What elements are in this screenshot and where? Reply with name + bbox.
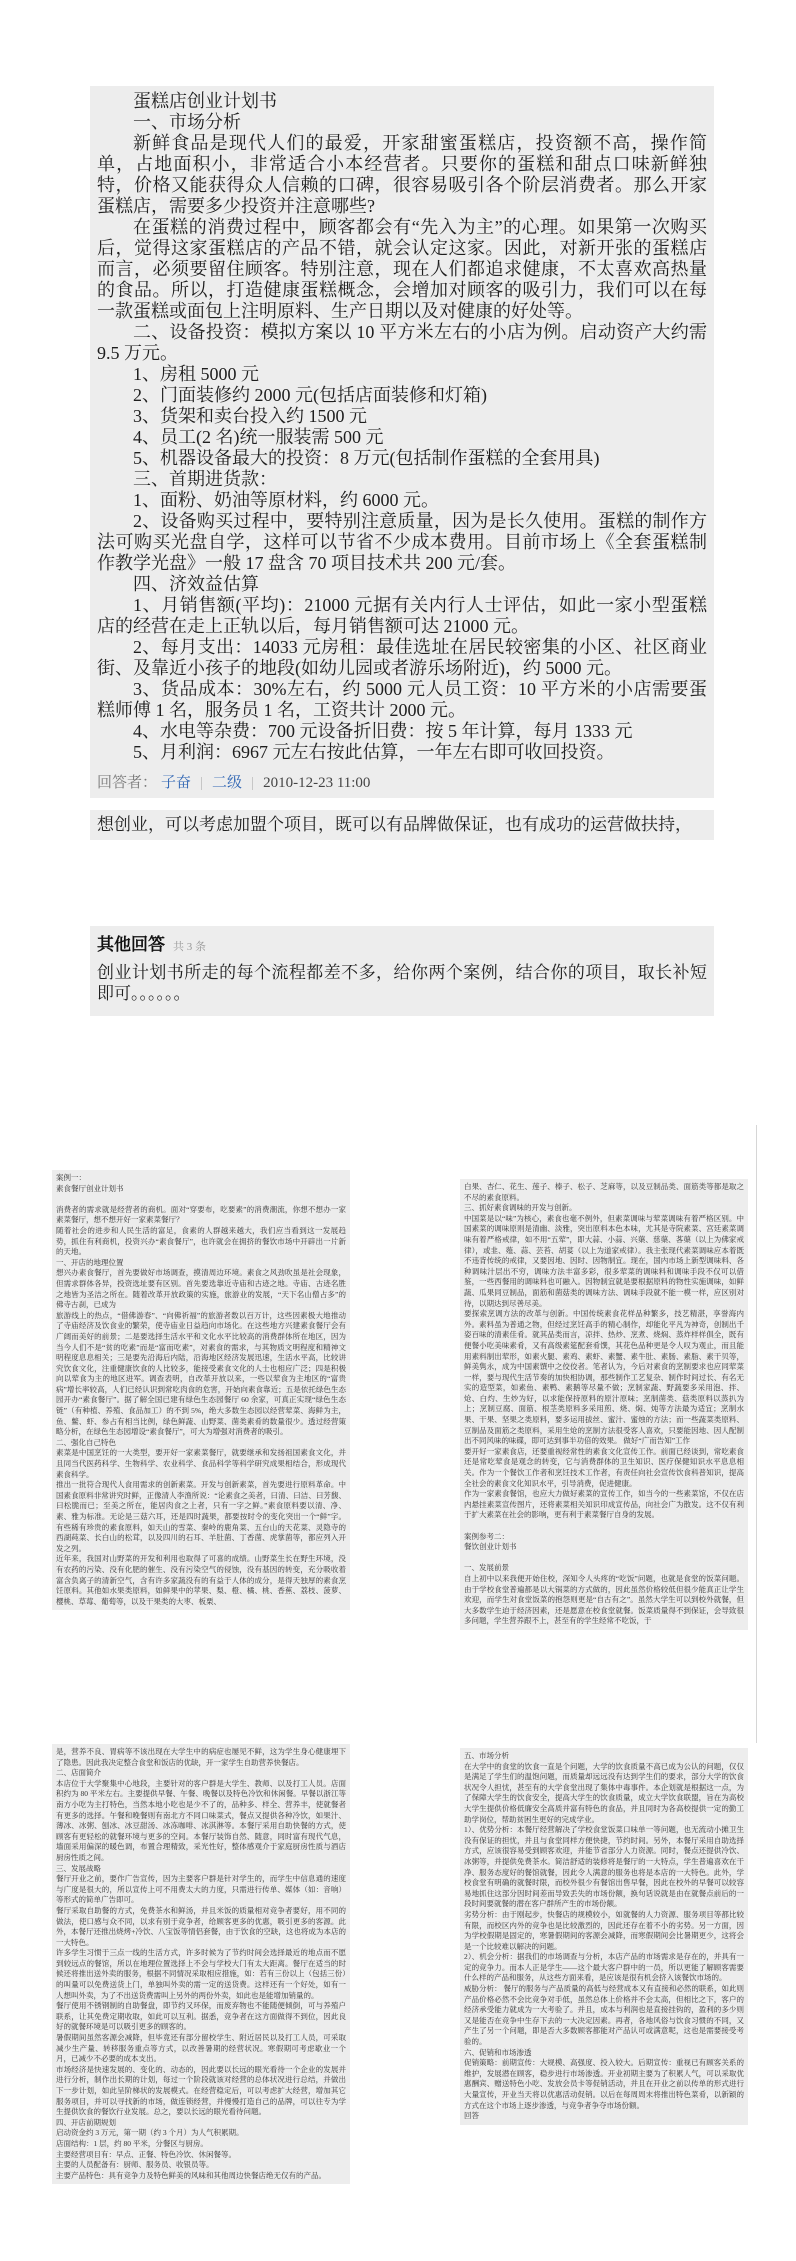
answerer-username-link[interactable]: 子奋 xyxy=(161,775,191,791)
case-paragraph: 四、开店前期规划 xyxy=(56,2118,346,2129)
best-answer-content: 蛋糕店创业计划书一、市场分析新鲜食品是现代人们的最爱，开家甜蜜蛋糕店，投资额不高… xyxy=(97,91,707,763)
answerer-level-link[interactable]: 二级 xyxy=(212,775,242,791)
case-paragraph: 餐厅开业之前，要作广告宣传，因为主要客户群是针对学生的，而学生中信息通的速度与广… xyxy=(56,1874,346,1906)
case-paragraph xyxy=(464,1553,744,1564)
meta-separator: | xyxy=(200,775,203,791)
case-paragraph: 案例参考二： xyxy=(464,1532,744,1543)
case-page-3: 是，营养不良、胃病等不该出现在大学生中的病症也屡见不鲜，这为学生身心健康埋下了隐… xyxy=(52,1744,350,2184)
case-paragraph: 随着社会的进步和人民生活的富足，食素的人群越来越大，我们应当看到这一发展趋势，抓… xyxy=(56,1226,346,1258)
case-paragraph: 启动资金约 3 万元，第一期（约 3 个月）为人气积累期。 xyxy=(56,2128,346,2139)
case-paragraph: 劣势分析：由于刚起步，快餐店的规模较小，如就餐的人力资源、服务项目等都比较有限，… xyxy=(464,1910,744,1952)
answer-paragraph: 一、市场分析 xyxy=(97,112,707,133)
page-divider-line xyxy=(756,1125,757,1743)
case-paragraph: 白果、杏仁、花生、莲子、榛子、松子、芝麻等，以及豆制品类、面筋类等都是取之不尽的… xyxy=(464,1182,744,1203)
case-paragraph: 中国菜是以“味”为核心，素食也毫不例外，但素菜调味与荤菜调味有着严格区别。中国素… xyxy=(464,1214,744,1309)
other-answers-block: 其他回答共 3 条 创业计划书所走的每个流程都差不多，给你两个案例，结合你的项目… xyxy=(90,926,714,1016)
case-paragraph: 主要的人员配备有：厨师、服务员、收银员等。 xyxy=(56,2160,346,2171)
case-paragraph: 二、店面简介 xyxy=(56,1768,346,1779)
case-paragraph: 是，营养不良、胃病等不该出现在大学生中的病症也屡见不鲜，这为学生身心健康埋下了隐… xyxy=(56,1747,346,1768)
case-paragraph: 作为一家素食餐馆，也应大力做好素菜的宣传工作，如当今的一些素菜馆，不仅在店内悬挂… xyxy=(464,1489,744,1521)
answer-paragraph: 5、机器设备最大的投资：8 万元(包括制作蛋糕的全套用具) xyxy=(97,448,707,469)
other-answers-title: 其他回答共 3 条 xyxy=(97,934,707,958)
case-paragraph: 1）、优势分析：本餐厅经营解决了学校食堂饭菜口味单一等问题，也无流动小摊卫生没有… xyxy=(464,1825,744,1910)
answer-paragraph: 4、水电等杂费：700 元设备折旧费：按 5 年计算，每月 1333 元 xyxy=(97,721,707,742)
case-paragraph: 推出一批符合现代人食用需求的创新素菜。开发与创新素菜，首先要进行原料革命。中国素… xyxy=(56,1480,346,1554)
case-page-4: 五、市场分析在大学中的食堂的饮食一直是个问题，大学的饮食质量不高已成为公认的问题… xyxy=(460,1748,748,2125)
answer-paragraph: 1、月销售额(平均)：21000 元据有关内行人士评估，如此一家小型蛋糕店的经营… xyxy=(97,595,707,637)
case-paragraph: 餐厅使用不锈钢制的自助餐盘，即节约又环保，而废弃物也不能随便倾倒，可与养殖户联系… xyxy=(56,2001,346,2033)
case-paragraph: 素食餐厅创业计划书 xyxy=(56,1184,346,1195)
case-paragraph: 店面结构：1 层，约 80 平米，分餐区与厨房。 xyxy=(56,2139,346,2150)
case-paragraph: 想兴办素食餐厅，首先要做好市场调查，摸清周边环境。素食之风劲吹虽是社会现象，但需… xyxy=(56,1268,346,1310)
case-paragraph: 五、市场分析 xyxy=(464,1751,744,1762)
meta-separator: | xyxy=(251,775,254,791)
answer-paragraph: 3、货架和卖台投入约 1500 元 xyxy=(97,406,707,427)
case-paragraph: 本店位于大学聚集中心地段，主要针对的客户群是大学生、教师、以及打工人员。店面积约… xyxy=(56,1779,346,1864)
case-paragraph: 威胁分析： 餐厅的服务与产品质量的高低与经营成本又有直接和必然的联系，如此则产品… xyxy=(464,1984,744,2048)
other-answers-count: 共 3 条 xyxy=(173,941,206,953)
case-paragraph: 自上初中以来我便开始住校，深知令人头疼的“吃饭”问题，也就是食堂的饭菜问题。由于… xyxy=(464,1574,744,1627)
case-paragraph: 案例一： xyxy=(56,1173,346,1184)
case-paragraph: 一、发展前景 xyxy=(464,1563,744,1574)
case-page-1: 案例一：素食餐厅创业计划书消费者的需求就是经营者的商机。面对“穿要布，吃要素”的… xyxy=(52,1170,350,1610)
case-paragraph: 主要经营项目有：早点、正餐、特色冷饮、休闲餐等。 xyxy=(56,2150,346,2161)
case-paragraph: 主要产品特色：具有竞争力及特色鲜美的风味和其他周边快餐店绝无仅有的产品。 xyxy=(56,2171,346,2182)
case-paragraph: 许多学生习惯于三点一线的生活方式，许多时候为了节约时间会选择最近的地点而不愿到较… xyxy=(56,1948,346,2001)
page-canvas: 蛋糕店创业计划书一、市场分析新鲜食品是现代人们的最爱，开家甜蜜蛋糕店，投资额不高… xyxy=(0,0,796,2261)
case-paragraph: 一、开店的地理位置 xyxy=(56,1258,346,1269)
other-answer-intro: 创业计划书所走的每个流程都差不多，给你两个案例，结合你的项目，取长补短即可。。。… xyxy=(97,962,707,1004)
answer-paragraph: 4、员工(2 名)统一服装需 500 元 xyxy=(97,427,707,448)
case-paragraph: 旅游线上的热点，“借佛游春”、“向佛祈福”的旅游者数以百万计，这些因素极大地推动… xyxy=(56,1311,346,1438)
answer-paragraph: 蛋糕店创业计划书 xyxy=(97,91,707,112)
case-paragraph: 近年来，我国对山野菜的开发和利用也取得了可喜的成绩。山野菜生长在野生环境，没有农… xyxy=(56,1554,346,1607)
answer-paragraph: 5、月利润：6967 元左右按此估算，一年左右即可收回投资。 xyxy=(97,742,707,763)
case-paragraph: 暑假期间虽然客源会减降，但毕竟还有部分留校学生、附近居民以及打工人员，可采取减少… xyxy=(56,2033,346,2065)
answer-paragraph: 四、济效益估算 xyxy=(97,574,707,595)
case-paragraph: 三、发展战略 xyxy=(56,1864,346,1875)
case-paragraph: 回答 xyxy=(464,2111,744,2122)
case-paragraph: 素菜是中国烹饪的一大类型，要开好一家素菜餐厅，就要继承和发扬祖国素食文化，并且同… xyxy=(56,1448,346,1480)
answer-paragraph: 三、首期进货款： xyxy=(97,469,707,490)
case-paragraph xyxy=(464,1521,744,1532)
note-text: 想创业，可以考虑加盟个项目，既可以有品牌做保证，也有成功的运营做扶持， xyxy=(97,814,707,836)
case-paragraph: 促销策略：前期宣传：大规模、高强度、投入较大。后期宣传：重视已有顾客关系的维护，… xyxy=(464,2058,744,2111)
answer-paragraph: 新鲜食品是现代人们的最爱，开家甜蜜蛋糕店，投资额不高，操作简单，占地面积小，非常… xyxy=(97,133,707,217)
case-paragraph xyxy=(56,1194,346,1205)
answer-paragraph: 二、设备投资：模拟方案以 10 平方米左右的小店为例。启动资产大约需 9.5 万… xyxy=(97,322,707,364)
case-paragraph: 市场经济是快速发展的、变化的、动态的，因此要以长远的眼光看待一个企业的发展并进行… xyxy=(56,2065,346,2118)
case-paragraph: 餐厅采取自助餐的方式，免费茶水和鲜汤，并且米饭的质量相对竞争者要好，用不同的做法… xyxy=(56,1906,346,1948)
other-answers-title-text: 其他回答 xyxy=(97,935,165,954)
answer-paragraph: 1、面粉、奶油等原材料，约 6000 元。 xyxy=(97,490,707,511)
case-paragraph: 三、抓好素食调味的开发与创新。 xyxy=(464,1203,744,1214)
answer-paragraph: 在蛋糕的消费过程中，顾客都会有“先入为主”的心理。如果第一次购买后，觉得这家蛋糕… xyxy=(97,217,707,322)
answer-paragraph: 2、门面装修约 2000 元(包括店面装修和灯箱) xyxy=(97,385,707,406)
answer-datetime: 2010-12-23 11:00 xyxy=(263,775,370,791)
answerer-label: 回答者： xyxy=(97,775,157,791)
case-paragraph: 2）、机会分析：据我们的市场调查与分析，本店产品的市场需求是存在的，并具有一定的… xyxy=(464,1952,744,1984)
case-paragraph: 六、促销和市场渗透 xyxy=(464,2048,744,2059)
answer-paragraph: 1、房租 5000 元 xyxy=(97,364,707,385)
case-paragraph: 餐饮创业计划书 xyxy=(464,1542,744,1553)
case-paragraph: 要探索烹调方法的改革与创新。中国传统素食花样品种繁多，技艺精湛，享誉海内外。素料… xyxy=(464,1309,744,1447)
answer-meta: 回答者：子奋|二级|2010-12-23 11:00 xyxy=(97,773,707,793)
answer-paragraph: 2、设备购买过程中，要特别注意质量，因为是长久使用。蛋糕的制作方法可购买光盘自学… xyxy=(97,511,707,574)
case-paragraph: 在大学中的食堂的饮食一直是个问题，大学的饮食质量不高已成为公认的问题，仅仅是满足… xyxy=(464,1762,744,1826)
case-paragraph: 消费者的需求就是经营者的商机。面对“穿要布，吃要素”的消费潮流，你想不想办一家素… xyxy=(56,1205,346,1226)
answer-paragraph: 2、每月支出：14033 元房租：最佳选址在居民较密集的小区、社区商业街、及靠近… xyxy=(97,637,707,679)
case-paragraph: 二、强化自己特色 xyxy=(56,1438,346,1449)
answer-paragraph: 3、货品成本：30%左右，约 5000 元人员工资：10 平方米的小店需要蛋糕师… xyxy=(97,679,707,721)
case-paragraph: 要开好一家素食店，还要重视经常性的素食文化宣传工作。前面已经谈到，常吃素食还是常… xyxy=(464,1447,744,1489)
best-answer-block: 蛋糕店创业计划书一、市场分析新鲜食品是现代人们的最爱，开家甜蜜蛋糕店，投资额不高… xyxy=(90,86,714,798)
case-page-2: 白果、杏仁、花生、莲子、榛子、松子、芝麻等，以及豆制品类、面筋类等都是取之不尽的… xyxy=(460,1179,748,1630)
note-strip: 想创业，可以考虑加盟个项目，既可以有品牌做保证，也有成功的运营做扶持， xyxy=(90,810,714,840)
